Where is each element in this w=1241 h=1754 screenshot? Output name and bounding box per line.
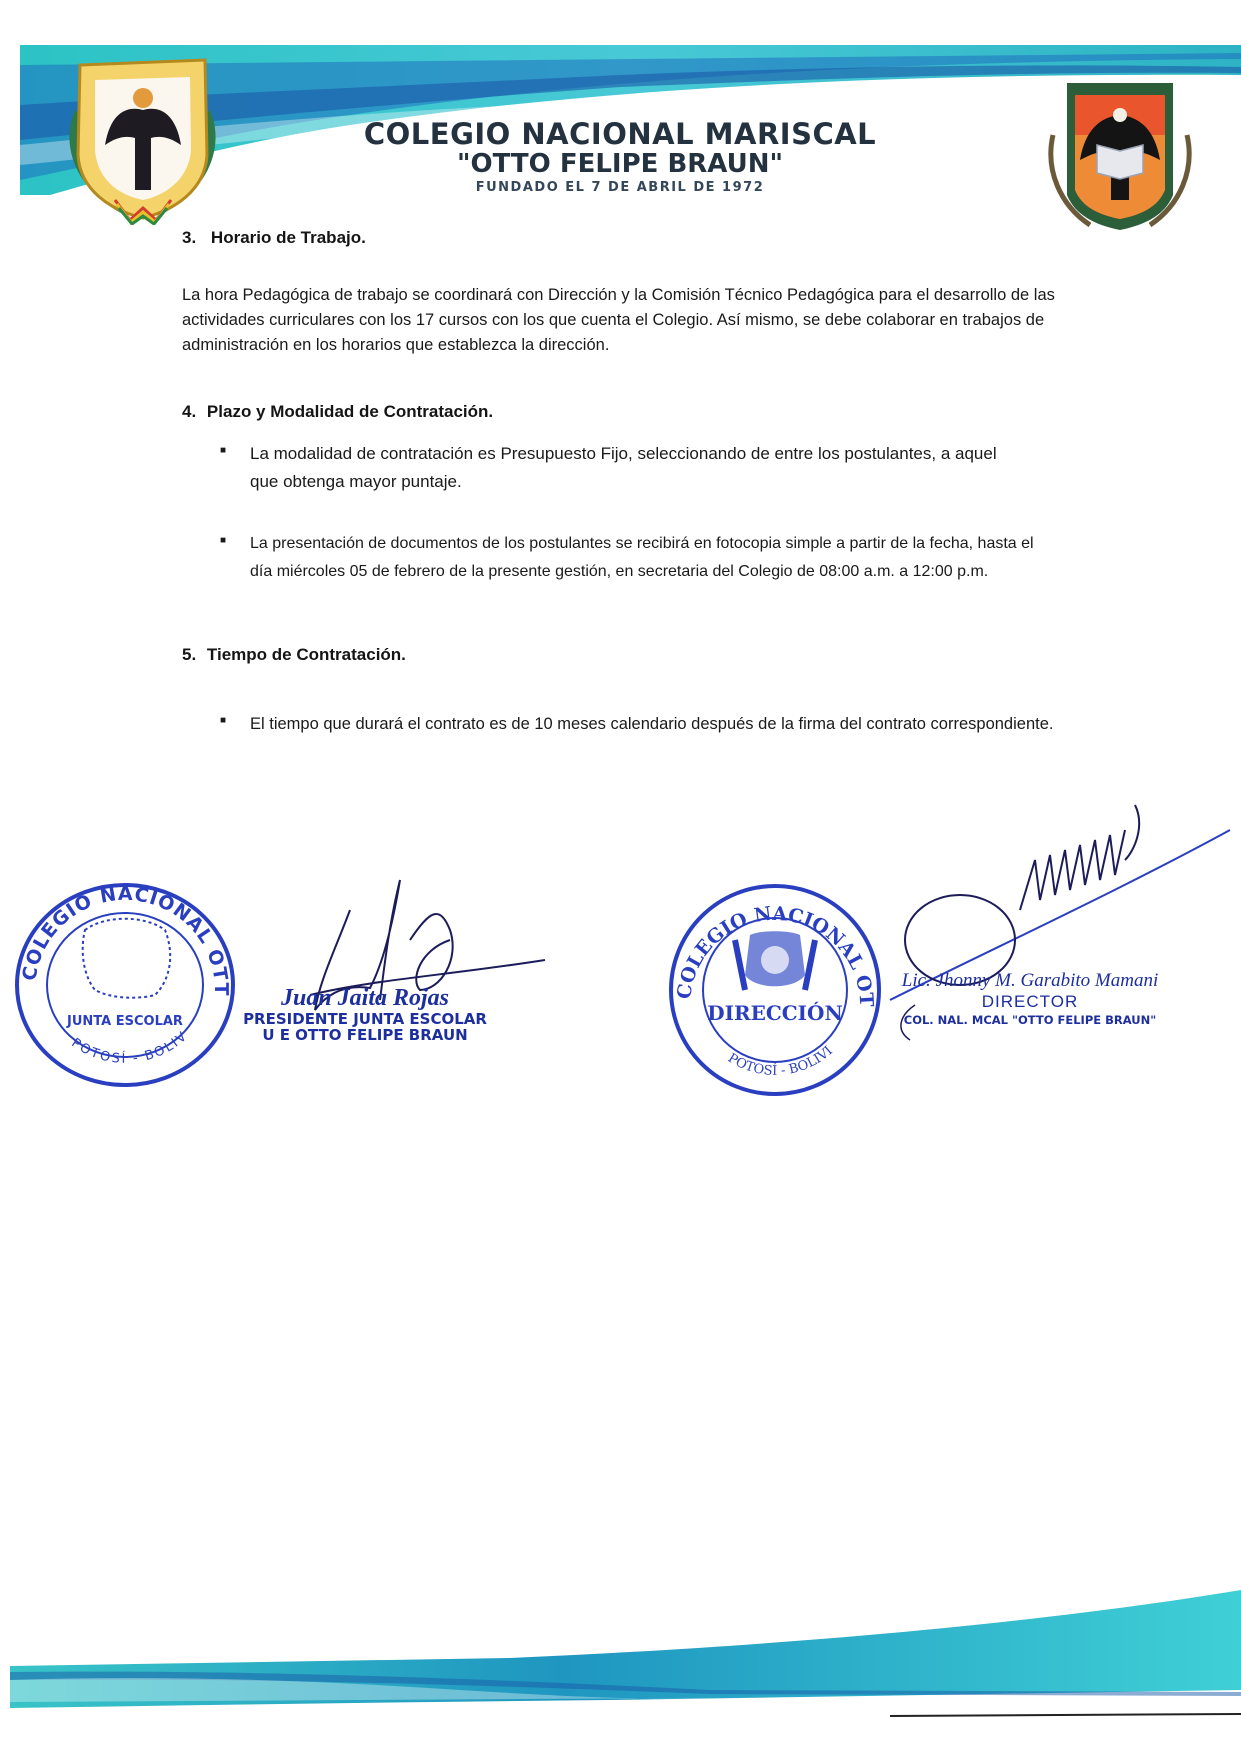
svg-text:DIRECCIÓN: DIRECCIÓN: [707, 1000, 842, 1025]
list-item: ■ La presentación de documentos de los p…: [220, 530, 1200, 586]
bullet-line: La presentación de documentos de los pos…: [250, 530, 1034, 558]
bullet-line: La modalidad de contratación es Presupue…: [250, 440, 997, 468]
left-signer-org: U E OTTO FELIPE BRAUN: [235, 1027, 495, 1044]
svg-text:COLEGIO NACIONAL OTTO FELIPE B: COLEGIO NACIONAL OTTO FELIPE BRAUN: [5, 870, 232, 997]
paragraph-line: La hora Pedagógica de trabajo se coordin…: [182, 283, 1192, 308]
left-signer-block: Juan Jaita Rojas PRESIDENTE JUNTA ESCOLA…: [235, 985, 495, 1044]
school-name-line1: COLEGIO NACIONAL MARISCAL: [330, 118, 910, 150]
bullet-icon: ■: [220, 440, 250, 496]
school-header: COLEGIO NACIONAL MARISCAL "OTTO FELIPE B…: [330, 118, 910, 196]
school-name-line2: "OTTO FELIPE BRAUN": [330, 150, 910, 178]
section-4-heading: 4. Plazo y Modalidad de Contratación.: [182, 402, 493, 422]
bullet-icon: ■: [220, 710, 250, 738]
section-4-number: 4.: [182, 402, 196, 421]
right-signer-name: Lic. Jhonny M. Garabito Mamani: [890, 970, 1170, 992]
right-signer-block: Lic. Jhonny M. Garabito Mamani DIRECTOR …: [890, 970, 1170, 1028]
section-5-number: 5.: [182, 645, 196, 664]
school-eagle-crest-icon: [1045, 75, 1195, 235]
bullet-icon: ■: [220, 530, 250, 586]
section-3-paragraph: La hora Pedagógica de trabajo se coordin…: [182, 283, 1192, 358]
potosi-coat-of-arms-icon: [55, 50, 230, 225]
bullet-line: El tiempo que durará el contrato es de 1…: [250, 710, 1053, 738]
paragraph-line: actividades curriculares con los 17 curs…: [182, 308, 1192, 333]
founded-date: FUNDADO EL 7 DE ABRIL DE 1972: [330, 180, 910, 196]
section-3-heading: 3. Horario de Trabajo.: [182, 228, 366, 248]
direccion-stamp: COLEGIO NACIONAL OTTO FELIPE BRAUN POTOS…: [665, 880, 885, 1100]
junta-escolar-stamp: COLEGIO NACIONAL OTTO FELIPE BRAUN POTOS…: [5, 870, 245, 1090]
list-item: ■ La modalidad de contratación es Presup…: [220, 440, 1180, 496]
right-signer-role: DIRECTOR: [890, 992, 1170, 1012]
bullet-line: que obtenga mayor puntaje.: [250, 468, 997, 496]
section-5-title: Tiempo de Contratación.: [207, 645, 406, 664]
section-3-number: 3.: [182, 228, 196, 247]
left-signer-name: Juan Jaita Rojas: [235, 985, 495, 1011]
section-4-title: Plazo y Modalidad de Contratación.: [207, 402, 493, 421]
footer-wave-band: [10, 1590, 1241, 1730]
section-5-heading: 5. Tiempo de Contratación.: [182, 645, 406, 665]
right-signer-org: COL. NAL. MCAL "OTTO FELIPE BRAUN": [890, 1012, 1170, 1028]
svg-text:JUNTA ESCOLAR: JUNTA ESCOLAR: [66, 1014, 183, 1029]
section-3-title: Horario de Trabajo.: [211, 228, 366, 247]
left-signer-role: PRESIDENTE JUNTA ESCOLAR: [235, 1011, 495, 1027]
list-item: ■ El tiempo que durará el contrato es de…: [220, 710, 1220, 738]
bullet-line: día miércoles 05 de febrero de la presen…: [250, 558, 1034, 586]
paragraph-line: administración en los horarios que estab…: [182, 333, 1192, 358]
